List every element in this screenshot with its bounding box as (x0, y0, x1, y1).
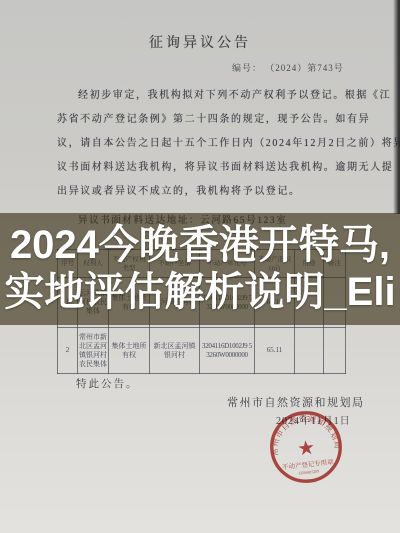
seal-code: 13204815209 (298, 469, 319, 475)
body-line: 议，请自本公告之日起十五个工作日内（2024年12月2日之前）将异 (57, 132, 391, 156)
photo-edge-shadow (393, 0, 400, 214)
notice-number-label: 编号： (232, 63, 262, 73)
notice-number: 编号： （2024）第743号 (232, 61, 344, 74)
issuing-agency: 常州市自然资源和规划局 (227, 394, 365, 410)
watermark-overlay-band: 2024今晚香港开特马, 实地评估解析说明_Eli (0, 213, 400, 325)
notice-title: 征询异议公告 (0, 32, 400, 52)
cell-remark (324, 328, 346, 374)
table-row: 2 常州市新北区孟河镇银河村农民集体 集体土地所有权 新北区孟河镇银河村 320… (58, 328, 346, 374)
closing-statement: 特此公告。 (76, 376, 139, 391)
body-line: 出异议或者异议不成立的，我机构将予以登记。 (57, 180, 391, 204)
cell-use (295, 328, 324, 374)
overlay-title-line2: 实地评估解析说明_Eli (4, 269, 395, 316)
cell-index: 2 (58, 328, 78, 374)
cell-owner: 常州市新北区孟河镇银河村农民集体 (78, 328, 109, 374)
body-line: 经初步审定，我机构拟对下列不动产权利予以登记。根据《江 (57, 84, 391, 108)
notice-body: 经初步审定，我机构拟对下列不动产权利予以登记。根据《江 苏省不动产登记条例》第二… (57, 84, 391, 233)
cell-unit-no: 3204116D1002J9 53260W0000000 (200, 328, 255, 374)
body-line: 苏省不动产登记条例》第二十四条的规定，现予公告。如有异 (57, 108, 391, 132)
overlay-title-line1: 2024今晚香港开特马, (10, 222, 390, 269)
official-seal-stamp: 常州市自然资源和规划局 ★ 不动产登记专用章 13204815209 (264, 405, 348, 489)
cell-location: 新北区孟河镇银河村 (150, 328, 200, 374)
document-photo: 征询异议公告 编号： （2024）第743号 经初步审定，我机构拟对下列不动产权… (0, 0, 400, 533)
cell-area: 65.11 (255, 328, 295, 374)
cell-right-type: 集体土地所有权 (109, 328, 150, 374)
body-line: 议书面材料送达我机构，将异议书面材料送达我机构。逾期无人提 (57, 156, 391, 180)
notice-number-value: （2024）第743号 (265, 63, 344, 73)
seal-star-icon: ★ (296, 437, 316, 461)
